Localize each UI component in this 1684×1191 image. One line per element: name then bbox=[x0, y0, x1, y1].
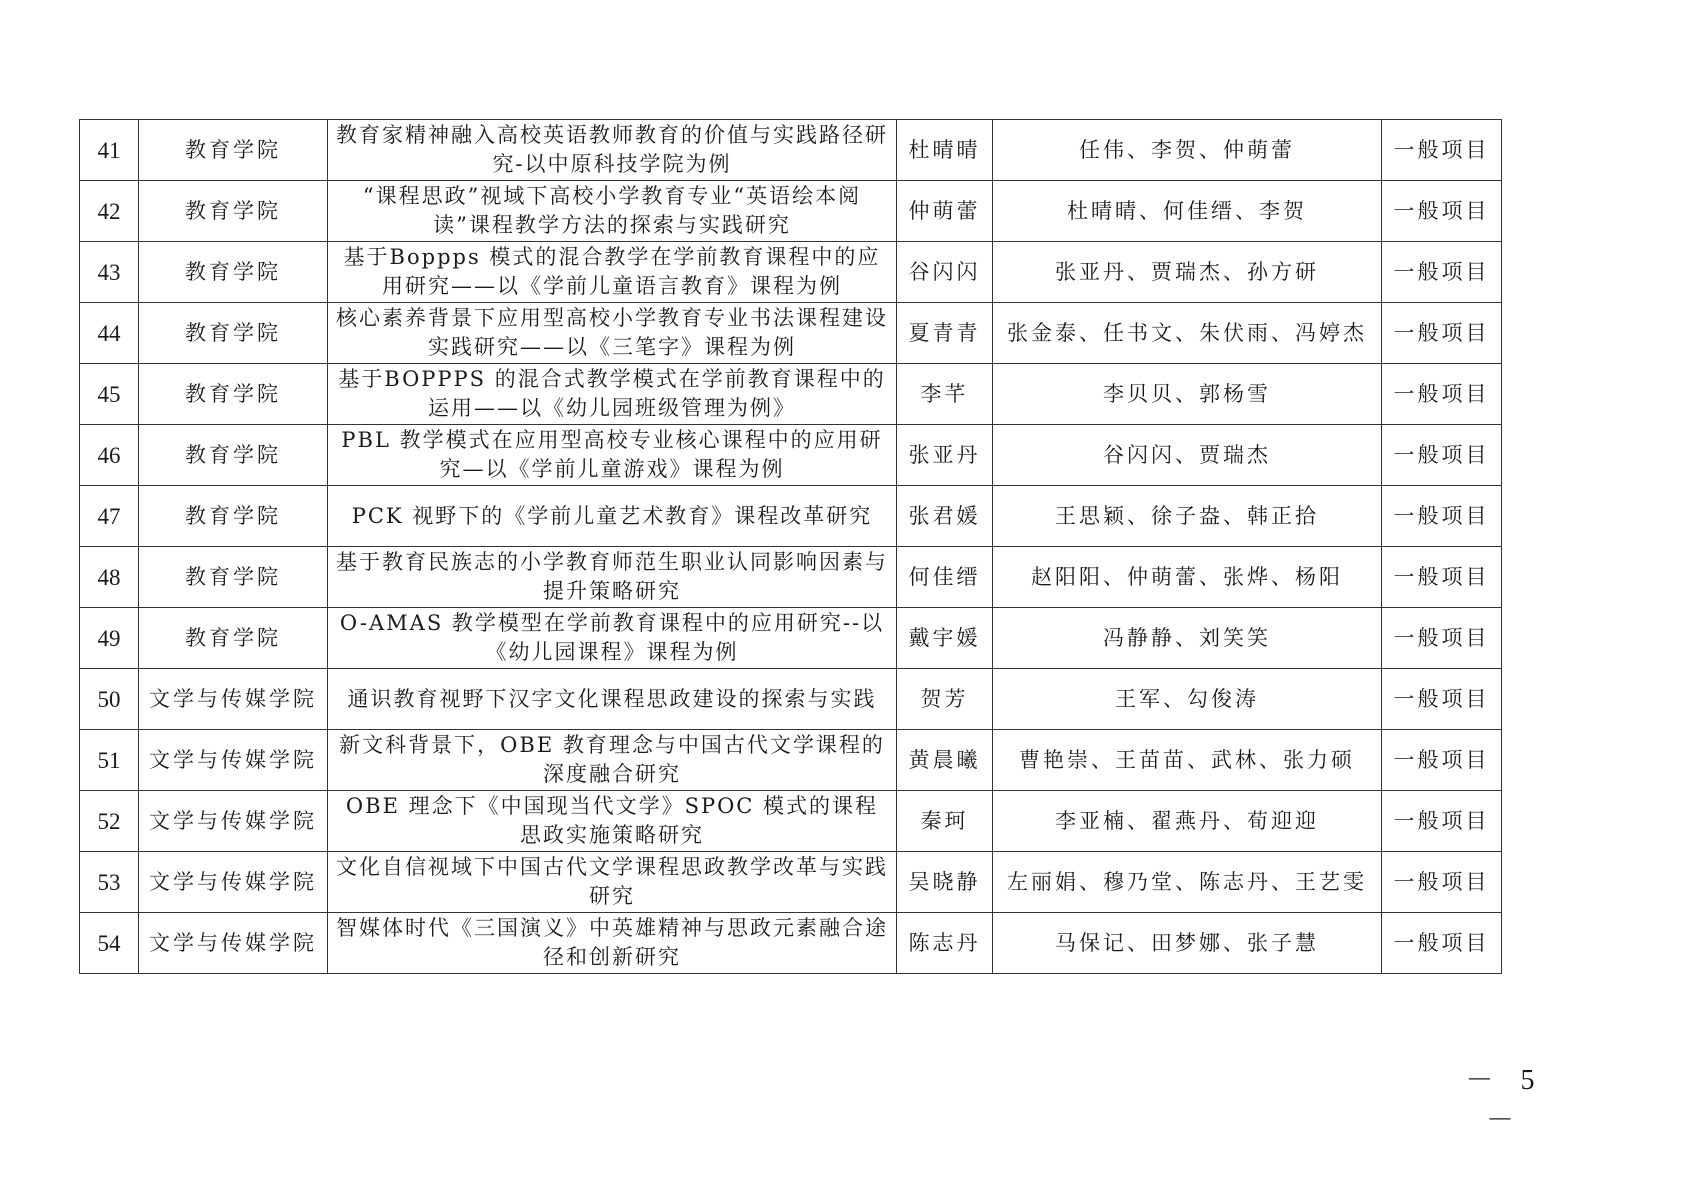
row-number-cell: 42 bbox=[80, 181, 139, 242]
table-row: 53 文学与传媒学院 文化自信视域下中国古代文学课程思政教学改革与实践研究 吴晓… bbox=[80, 852, 1502, 913]
project-leader-cell: 夏青青 bbox=[897, 303, 993, 364]
project-leader-cell: 吴晓静 bbox=[897, 852, 993, 913]
row-number-cell: 53 bbox=[80, 852, 139, 913]
project-leader-cell: 张君媛 bbox=[897, 486, 993, 547]
project-leader-cell: 陈志丹 bbox=[897, 913, 993, 974]
project-title-cell: 基于Boppps 模式的混合教学在学前教育课程中的应用研究——以《学前儿童语言教… bbox=[328, 242, 897, 303]
project-members-cell: 冯静静、刘笑笑 bbox=[993, 608, 1382, 669]
table-row: 45 教育学院 基于BOPPPS 的混合式教学模式在学前教育课程中的运用——以《… bbox=[80, 364, 1502, 425]
project-type-cell: 一般项目 bbox=[1382, 486, 1502, 547]
project-type-cell: 一般项目 bbox=[1382, 303, 1502, 364]
project-type-cell: 一般项目 bbox=[1382, 913, 1502, 974]
project-list-table: 41 教育学院 教育家精神融入高校英语教师教育的价值与实践路径研究-以中原科技学… bbox=[79, 119, 1502, 974]
project-title-cell: PBL 教学模式在应用型高校专业核心课程中的应用研究—以《学前儿童游戏》课程为例 bbox=[328, 425, 897, 486]
project-type-cell: 一般项目 bbox=[1382, 852, 1502, 913]
table-row: 42 教育学院 “课程思政”视域下高校小学教育专业“英语绘本阅读”课程教学方法的… bbox=[80, 181, 1502, 242]
table-row: 51 文学与传媒学院 新文科背景下，OBE 教育理念与中国古代文学课程的深度融合… bbox=[80, 730, 1502, 791]
project-leader-cell: 杜晴晴 bbox=[897, 120, 993, 181]
project-type-cell: 一般项目 bbox=[1382, 364, 1502, 425]
project-type-cell: 一般项目 bbox=[1382, 120, 1502, 181]
college-cell: 教育学院 bbox=[139, 547, 328, 608]
project-title-cell: OBE 理念下《中国现当代文学》SPOC 模式的课程思政实施策略研究 bbox=[328, 791, 897, 852]
project-leader-cell: 李芊 bbox=[897, 364, 993, 425]
college-cell: 教育学院 bbox=[139, 364, 328, 425]
project-members-cell: 王思颖、徐子盎、韩正拾 bbox=[993, 486, 1382, 547]
row-number-cell: 43 bbox=[80, 242, 139, 303]
project-type-cell: 一般项目 bbox=[1382, 791, 1502, 852]
table-row: 46 教育学院 PBL 教学模式在应用型高校专业核心课程中的应用研究—以《学前儿… bbox=[80, 425, 1502, 486]
project-leader-cell: 贺芳 bbox=[897, 669, 993, 730]
project-type-cell: 一般项目 bbox=[1382, 730, 1502, 791]
project-title-cell: 新文科背景下，OBE 教育理念与中国古代文学课程的深度融合研究 bbox=[328, 730, 897, 791]
project-title-cell: 通识教育视野下汉字文化课程思政建设的探索与实践 bbox=[328, 669, 897, 730]
project-leader-cell: 秦珂 bbox=[897, 791, 993, 852]
table-row: 50 文学与传媒学院 通识教育视野下汉字文化课程思政建设的探索与实践 贺芳 王军… bbox=[80, 669, 1502, 730]
table-row: 54 文学与传媒学院 智媒体时代《三国演义》中英雄精神与思政元素融合途径和创新研… bbox=[80, 913, 1502, 974]
row-number-cell: 46 bbox=[80, 425, 139, 486]
project-type-cell: 一般项目 bbox=[1382, 242, 1502, 303]
table-row: 43 教育学院 基于Boppps 模式的混合教学在学前教育课程中的应用研究——以… bbox=[80, 242, 1502, 303]
document-page: 41 教育学院 教育家精神融入高校英语教师教育的价值与实践路径研究-以中原科技学… bbox=[0, 0, 1684, 1191]
project-type-cell: 一般项目 bbox=[1382, 425, 1502, 486]
project-members-cell: 赵阳阳、仲萌蕾、张烨、杨阳 bbox=[993, 547, 1382, 608]
row-number-cell: 41 bbox=[80, 120, 139, 181]
project-type-cell: 一般项目 bbox=[1382, 547, 1502, 608]
row-number-cell: 52 bbox=[80, 791, 139, 852]
project-title-cell: 基于BOPPPS 的混合式教学模式在学前教育课程中的运用——以《幼儿园班级管理为… bbox=[328, 364, 897, 425]
project-title-cell: PCK 视野下的《学前儿童艺术教育》课程改革研究 bbox=[328, 486, 897, 547]
row-number-cell: 44 bbox=[80, 303, 139, 364]
project-leader-cell: 张亚丹 bbox=[897, 425, 993, 486]
project-leader-cell: 黄晨曦 bbox=[897, 730, 993, 791]
project-title-cell: O-AMAS 教学模型在学前教育课程中的应用研究--以《幼儿园课程》课程为例 bbox=[328, 608, 897, 669]
college-cell: 教育学院 bbox=[139, 486, 328, 547]
row-number-cell: 49 bbox=[80, 608, 139, 669]
project-title-cell: 智媒体时代《三国演义》中英雄精神与思政元素融合途径和创新研究 bbox=[328, 913, 897, 974]
project-type-cell: 一般项目 bbox=[1382, 669, 1502, 730]
college-cell: 文学与传媒学院 bbox=[139, 913, 328, 974]
project-leader-cell: 仲萌蕾 bbox=[897, 181, 993, 242]
project-title-cell: 基于教育民族志的小学教育师范生职业认同影响因素与提升策略研究 bbox=[328, 547, 897, 608]
project-type-cell: 一般项目 bbox=[1382, 181, 1502, 242]
row-number-cell: 45 bbox=[80, 364, 139, 425]
project-members-cell: 左丽娟、穆乃堂、陈志丹、王艺雯 bbox=[993, 852, 1382, 913]
table-row: 49 教育学院 O-AMAS 教学模型在学前教育课程中的应用研究--以《幼儿园课… bbox=[80, 608, 1502, 669]
project-title-cell: “课程思政”视域下高校小学教育专业“英语绘本阅读”课程教学方法的探索与实践研究 bbox=[328, 181, 897, 242]
project-members-cell: 李亚楠、翟燕丹、荀迎迎 bbox=[993, 791, 1382, 852]
table-body: 41 教育学院 教育家精神融入高校英语教师教育的价值与实践路径研究-以中原科技学… bbox=[80, 120, 1502, 974]
project-members-cell: 王军、勾俊涛 bbox=[993, 669, 1382, 730]
college-cell: 文学与传媒学院 bbox=[139, 730, 328, 791]
project-members-cell: 马保记、田梦娜、张子慧 bbox=[993, 913, 1382, 974]
project-members-cell: 张亚丹、贾瑞杰、孙方研 bbox=[993, 242, 1382, 303]
project-title-cell: 文化自信视域下中国古代文学课程思政教学改革与实践研究 bbox=[328, 852, 897, 913]
table-row: 44 教育学院 核心素养背景下应用型高校小学教育专业书法课程建设实践研究——以《… bbox=[80, 303, 1502, 364]
project-leader-cell: 戴宇媛 bbox=[897, 608, 993, 669]
project-members-cell: 张金泰、任书文、朱伏雨、冯婷杰 bbox=[993, 303, 1382, 364]
college-cell: 教育学院 bbox=[139, 608, 328, 669]
project-members-cell: 曹艳崇、王苗苗、武林、张力硕 bbox=[993, 730, 1382, 791]
project-members-cell: 杜晴晴、何佳缙、李贺 bbox=[993, 181, 1382, 242]
college-cell: 文学与传媒学院 bbox=[139, 791, 328, 852]
row-number-cell: 47 bbox=[80, 486, 139, 547]
table-row: 52 文学与传媒学院 OBE 理念下《中国现当代文学》SPOC 模式的课程思政实… bbox=[80, 791, 1502, 852]
row-number-cell: 48 bbox=[80, 547, 139, 608]
college-cell: 教育学院 bbox=[139, 120, 328, 181]
college-cell: 教育学院 bbox=[139, 181, 328, 242]
page-number: － 5 － bbox=[1455, 1058, 1555, 1138]
college-cell: 文学与传媒学院 bbox=[139, 852, 328, 913]
project-type-cell: 一般项目 bbox=[1382, 608, 1502, 669]
table-row: 47 教育学院 PCK 视野下的《学前儿童艺术教育》课程改革研究 张君媛 王思颖… bbox=[80, 486, 1502, 547]
college-cell: 教育学院 bbox=[139, 242, 328, 303]
row-number-cell: 50 bbox=[80, 669, 139, 730]
row-number-cell: 51 bbox=[80, 730, 139, 791]
table-row: 41 教育学院 教育家精神融入高校英语教师教育的价值与实践路径研究-以中原科技学… bbox=[80, 120, 1502, 181]
college-cell: 教育学院 bbox=[139, 425, 328, 486]
table-row: 48 教育学院 基于教育民族志的小学教育师范生职业认同影响因素与提升策略研究 何… bbox=[80, 547, 1502, 608]
project-title-cell: 核心素养背景下应用型高校小学教育专业书法课程建设实践研究——以《三笔字》课程为例 bbox=[328, 303, 897, 364]
row-number-cell: 54 bbox=[80, 913, 139, 974]
project-leader-cell: 何佳缙 bbox=[897, 547, 993, 608]
project-leader-cell: 谷闪闪 bbox=[897, 242, 993, 303]
project-members-cell: 谷闪闪、贾瑞杰 bbox=[993, 425, 1382, 486]
college-cell: 教育学院 bbox=[139, 303, 328, 364]
college-cell: 文学与传媒学院 bbox=[139, 669, 328, 730]
project-members-cell: 李贝贝、郭杨雪 bbox=[993, 364, 1382, 425]
project-title-cell: 教育家精神融入高校英语教师教育的价值与实践路径研究-以中原科技学院为例 bbox=[328, 120, 897, 181]
project-members-cell: 任伟、李贺、仲萌蕾 bbox=[993, 120, 1382, 181]
